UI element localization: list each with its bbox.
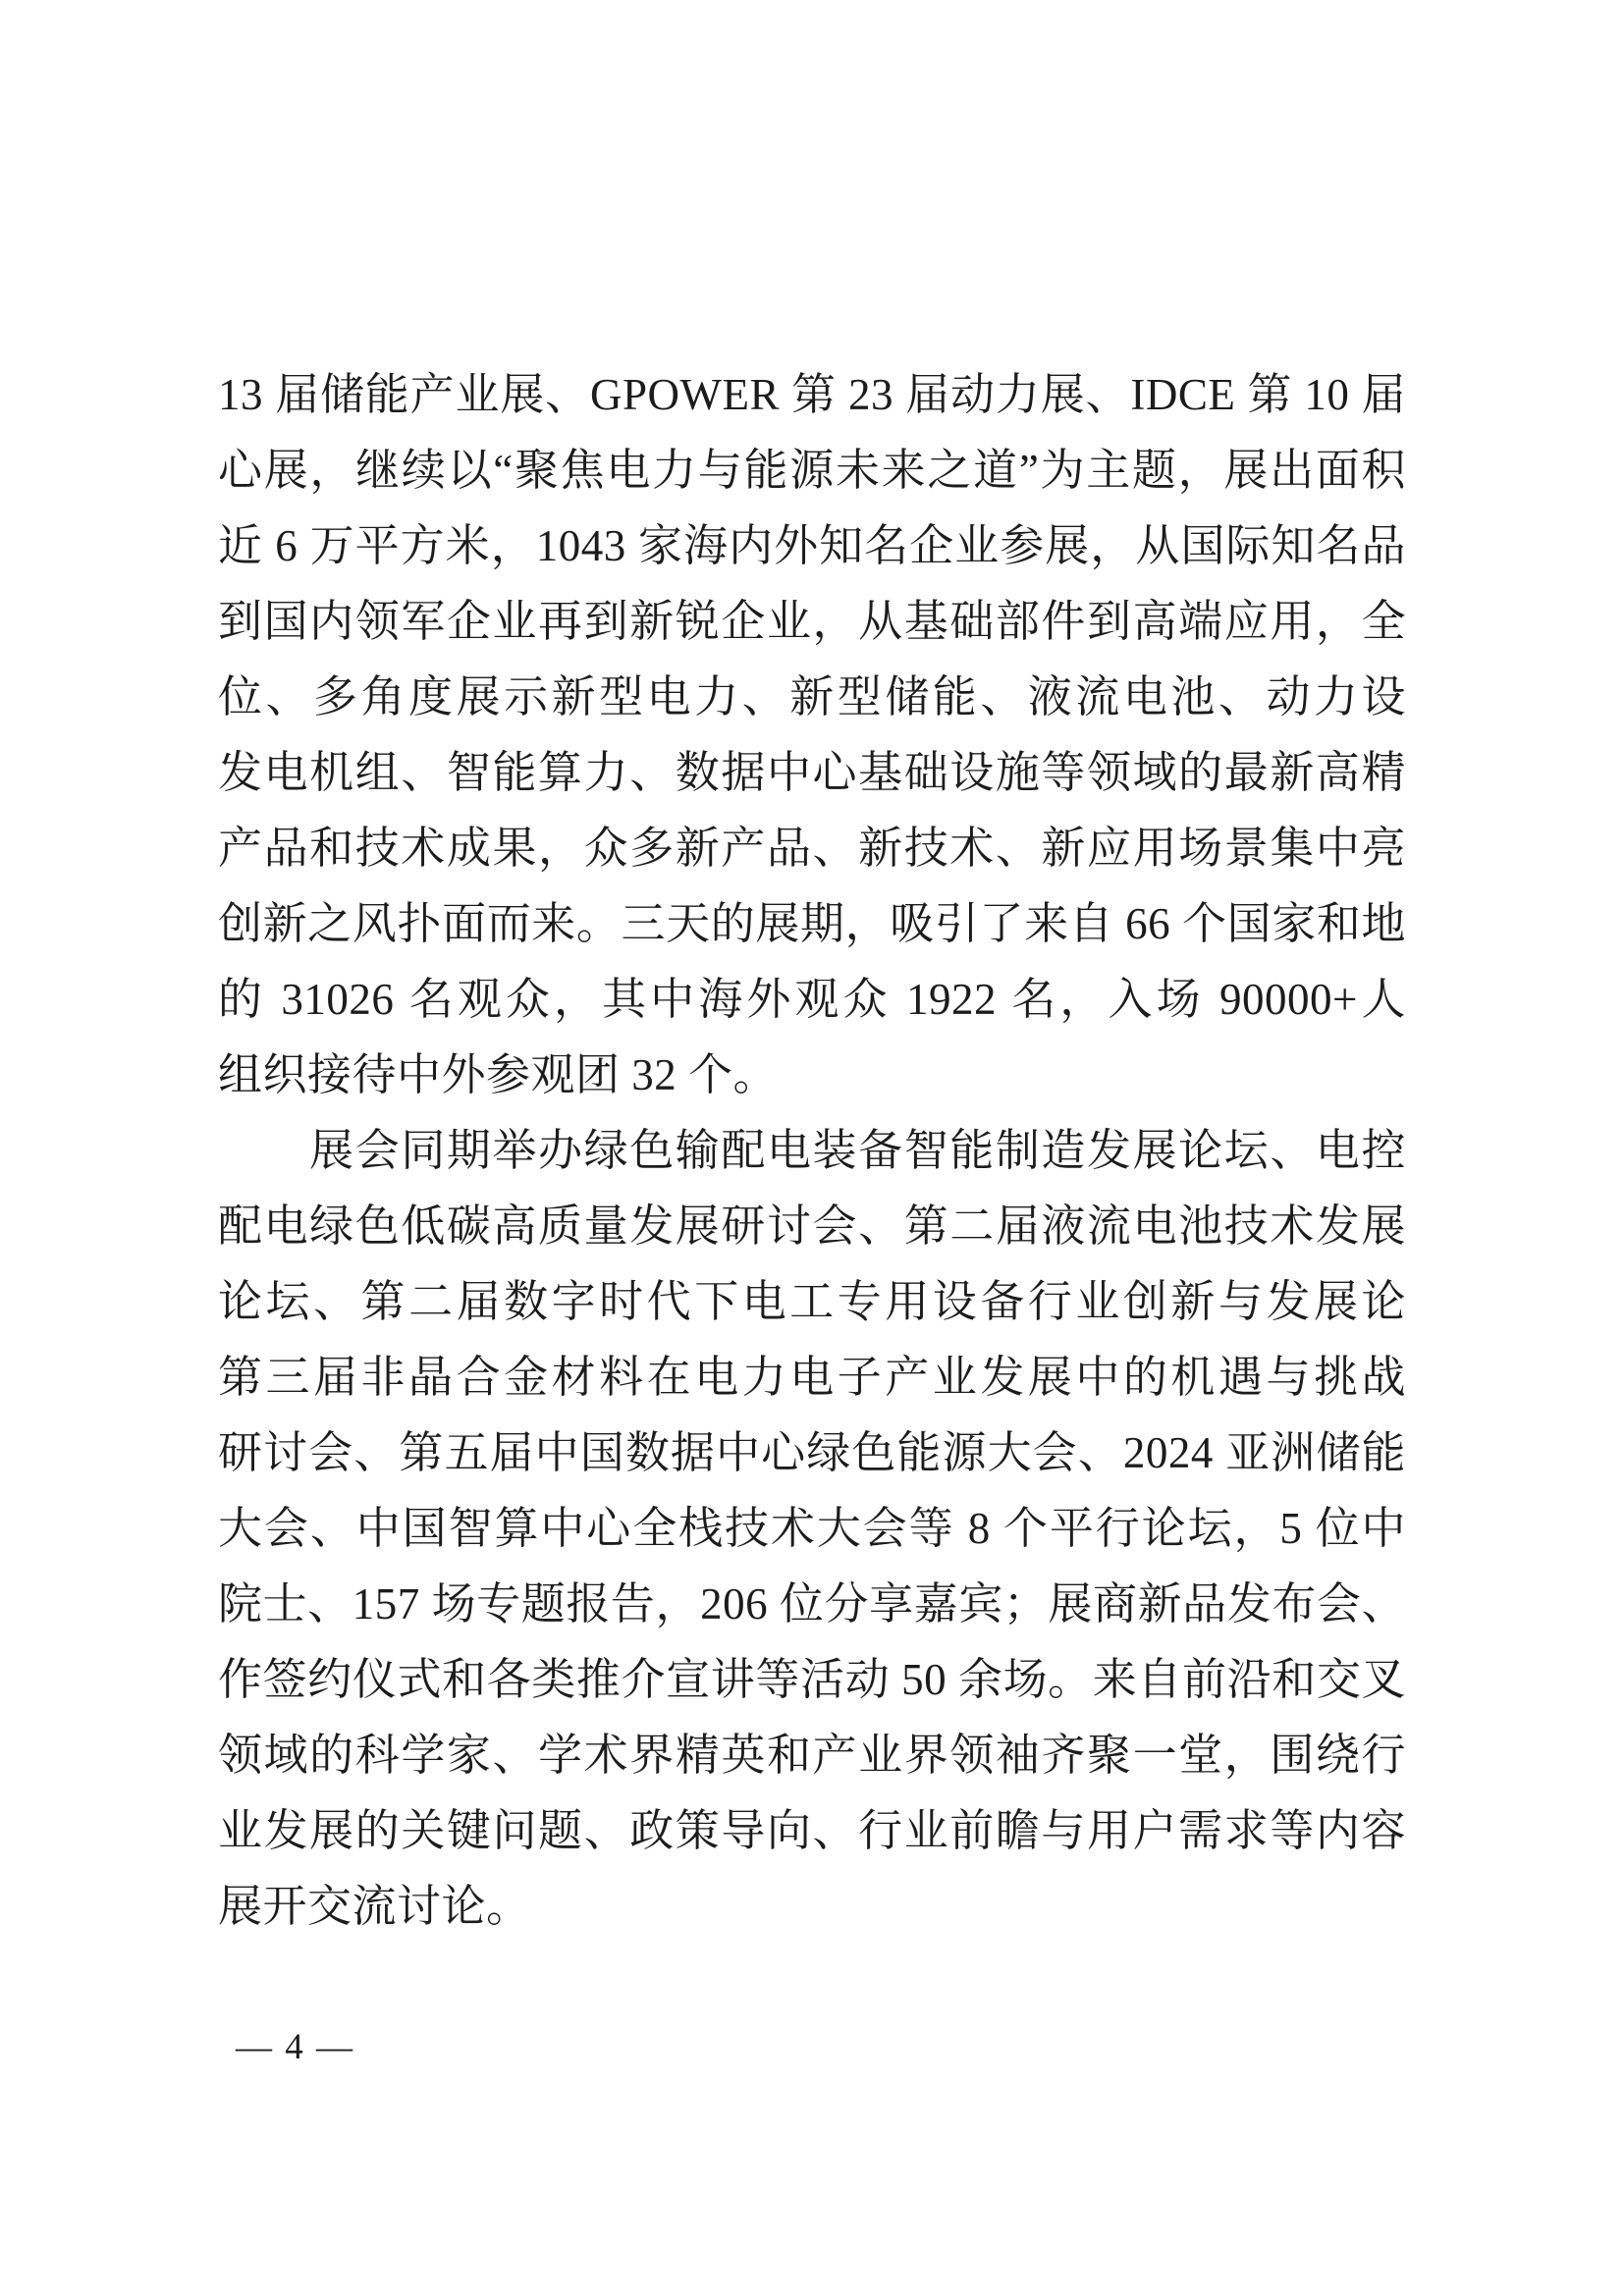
text-line: 到国内领军企业再到新锐企业，从基础部件到高端应用，全方 xyxy=(218,584,1406,660)
text-line: 心展，继续以“聚焦电力与能源未来之道”为主题，展出面积 xyxy=(218,433,1406,508)
text-line: 发电机组、智能算力、数据中心基础设施等领域的最新高精尖 xyxy=(218,735,1406,811)
text-line: 展开交流讨论。 xyxy=(218,1869,1406,1945)
text-line: 13 届储能产业展、GPOWER 第 23 届动力展、IDCE 第 10 届数据… xyxy=(218,357,1406,433)
document-page: 13 届储能产业展、GPOWER 第 23 届动力展、IDCE 第 10 届数据… xyxy=(0,0,1624,2296)
text-line: 位、多角度展示新型电力、新型储能、液流电池、动力设备、 xyxy=(218,660,1406,735)
text-line: 创新之风扑面而来。三天的展期，吸引了来自 66 个国家和地区 xyxy=(218,886,1406,962)
text-line: 近 6 万平方米，1043 家海内外知名企业参展，从国际知名品牌 xyxy=(218,508,1406,584)
text-line: 产品和技术成果，众多新产品、新技术、新应用场景集中亮相， xyxy=(218,811,1406,886)
text-line: 配电绿色低碳高质量发展研讨会、第二届液流电池技术发展 xyxy=(218,1189,1406,1264)
text-line: 业发展的关键问题、政策导向、行业前瞻与用户需求等内容 xyxy=(218,1793,1406,1869)
text-line: 作签约仪式和各类推介宣讲等活动 50 余场。来自前沿和交叉 xyxy=(218,1642,1406,1718)
text-line: 领域的科学家、学术界精英和产业界领袖齐聚一堂，围绕行 xyxy=(218,1718,1406,1793)
text-line: 院士、157 场专题报告，206 位分享嘉宾；展商新品发布会、合 xyxy=(218,1567,1406,1642)
text-line: 展会同期举办绿色输配电装备智能制造发展论坛、电控 xyxy=(218,1113,1406,1189)
text-line: 大会、中国智算中心全栈技术大会等 8 个平行论坛，5 位中外 xyxy=(218,1491,1406,1567)
text-line: 研讨会、第五届中国数据中心绿色能源大会、2024 亚洲储能 xyxy=(218,1415,1406,1491)
text-line: 的 31026 名观众，其中海外观众 1922 名，入场 90000+人次，共 xyxy=(218,962,1406,1038)
text-line: 第三届非晶合金材料在电力电子产业发展中的机遇与挑战 xyxy=(218,1340,1406,1415)
text-block: 13 届储能产业展、GPOWER 第 23 届动力展、IDCE 第 10 届数据… xyxy=(218,357,1406,1945)
text-line: 组织接待中外参观团 32 个。 xyxy=(218,1038,1406,1113)
text-line: 论坛、第二届数字时代下电工专用设备行业创新与发展论坛、 xyxy=(218,1264,1406,1340)
page-number: — 4 — xyxy=(236,2028,354,2067)
